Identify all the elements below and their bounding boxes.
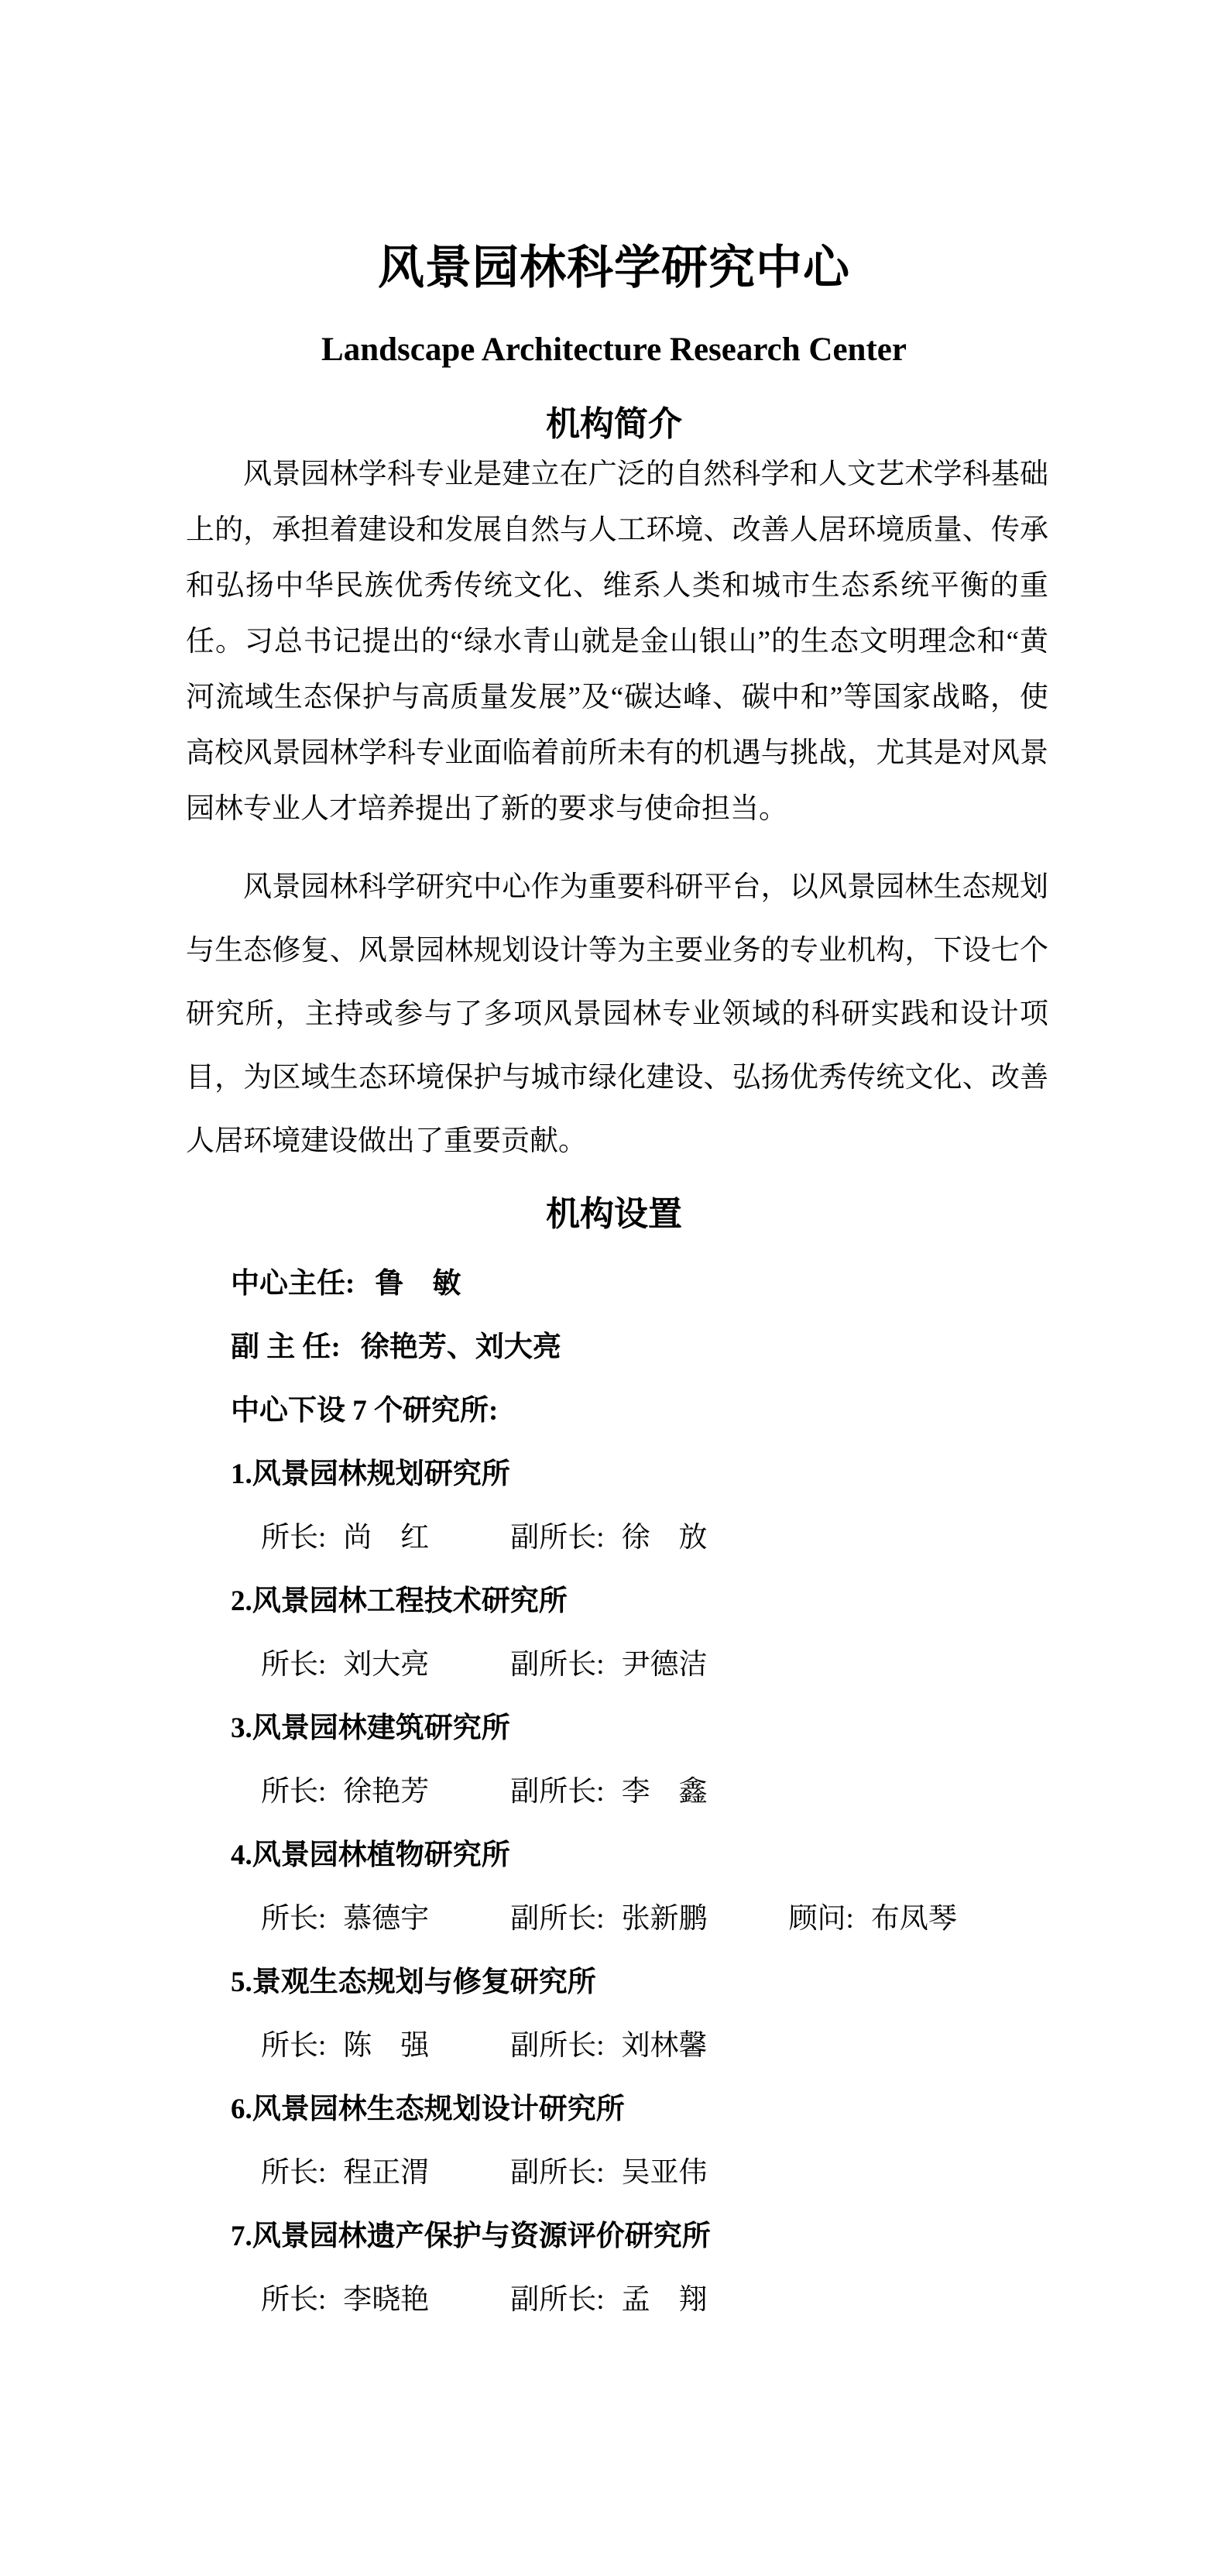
director-group: 所长: 李晓艳 (261, 2269, 429, 2332)
director-group: 所长: 陈 强 (261, 2014, 429, 2078)
director-name: 徐艳芳 (343, 1760, 429, 1824)
director-label: 所长: (261, 2269, 326, 2332)
director-name: 慕德宇 (343, 1887, 429, 1951)
advisor-label: 顾问: (789, 1887, 854, 1951)
institute-count-text: 中心下设 7 个研究所: (231, 1379, 498, 1443)
institute-heading-3: 3.风景园林建筑研究所 (186, 1697, 1130, 1760)
center-director-line: 中心主任: 鲁 敏 (186, 1252, 1130, 1316)
deputy-group: 副所长: 刘林馨 (510, 2014, 707, 2078)
document-subtitle-en: Landscape Architecture Research Center (0, 333, 1228, 366)
institute-person-line-4: 所长: 慕德宇 副所长: 张新鹏 顾问: 布凤琴 (186, 1887, 1130, 1951)
institute-name: 风景园林工程技术研究所 (252, 1570, 568, 1633)
director-label: 所长: (261, 1506, 326, 1570)
institute-heading-5: 5.景观生态规划与修复研究所 (186, 1951, 1130, 2014)
document-page: 风景园林科学研究中心 Landscape Architecture Resear… (0, 0, 1228, 2576)
section-heading-intro: 机构简介 (0, 407, 1228, 441)
institute-number: 2. (231, 1570, 252, 1633)
deputy-group: 副所长: 张新鹏 (510, 1887, 707, 1951)
intro-paragraph-1: 风景园林学科专业是建立在广泛的自然科学和人文艺术学科基础上的，承担着建设和发展自… (186, 447, 1048, 837)
deputy-label: 副所长: (510, 1887, 604, 1951)
director-label: 所长: (261, 1633, 326, 1697)
institute-count-line: 中心下设 7 个研究所: (186, 1379, 1130, 1443)
deputy-group: 副所长: 孟 翔 (510, 2269, 707, 2332)
institute-person-line-3: 所长: 徐艳芳 副所长: 李 鑫 (186, 1760, 1130, 1824)
deputy-directors-label: 副 主 任: (231, 1316, 341, 1379)
deputy-name: 张新鹏 (622, 1887, 708, 1951)
director-label: 所长: (261, 1760, 326, 1824)
director-name: 陈 强 (343, 2014, 429, 2078)
deputy-name: 尹德洁 (622, 1633, 708, 1697)
institute-name: 风景园林建筑研究所 (252, 1697, 510, 1760)
institute-heading-7: 7.风景园林遗产保护与资源评价研究所 (186, 2205, 1130, 2269)
deputy-group: 副所长: 李 鑫 (510, 1760, 707, 1824)
institute-person-line-1: 所长: 尚 红 副所长: 徐 放 (186, 1506, 1130, 1570)
institute-number: 6. (231, 2078, 252, 2142)
institute-name: 风景园林生态规划设计研究所 (252, 2078, 625, 2142)
deputy-name: 吴亚伟 (622, 2142, 708, 2205)
institute-number: 1. (231, 1443, 252, 1506)
deputy-group: 副所长: 徐 放 (510, 1506, 707, 1570)
deputy-label: 副所长: (510, 1633, 604, 1697)
institute-name: 风景园林遗产保护与资源评价研究所 (252, 2205, 711, 2269)
deputy-label: 副所长: (510, 1506, 604, 1570)
deputy-directors-names: 徐艳芳、刘大亮 (361, 1316, 561, 1379)
deputy-name: 刘林馨 (622, 2014, 708, 2078)
institute-number: 7. (231, 2205, 252, 2269)
institute-number: 4. (231, 1824, 252, 1887)
institute-number: 5. (231, 1951, 252, 2014)
institute-person-line-5: 所长: 陈 强 副所长: 刘林馨 (186, 2014, 1130, 2078)
deputy-label: 副所长: (510, 2014, 604, 2078)
advisor-name: 布凤琴 (871, 1887, 957, 1951)
institute-person-line-7: 所长: 李晓艳 副所长: 孟 翔 (186, 2269, 1130, 2332)
director-group: 所长: 徐艳芳 (261, 1760, 429, 1824)
institute-number: 3. (231, 1697, 252, 1760)
institute-person-line-2: 所长: 刘大亮 副所长: 尹德洁 (186, 1633, 1130, 1697)
document-title: 风景园林科学研究中心 (0, 245, 1228, 291)
deputy-label: 副所长: (510, 2142, 604, 2205)
institute-heading-2: 2.风景园林工程技术研究所 (186, 1570, 1130, 1633)
institute-heading-4: 4.风景园林植物研究所 (186, 1824, 1130, 1887)
intro-paragraph-2: 风景园林科学研究中心作为重要科研平台，以风景园林生态规划与生态修复、风景园林规划… (186, 856, 1048, 1173)
center-director-name: 鲁 敏 (375, 1252, 461, 1316)
director-label: 所长: (261, 2014, 326, 2078)
director-label: 所长: (261, 1887, 326, 1951)
deputy-label: 副所长: (510, 2269, 604, 2332)
institute-name: 景观生态规划与修复研究所 (252, 1951, 596, 2014)
deputy-directors-line: 副 主 任: 徐艳芳、刘大亮 (186, 1316, 1130, 1379)
deputy-name: 徐 放 (622, 1506, 708, 1570)
director-name: 李晓艳 (343, 2269, 429, 2332)
deputy-name: 李 鑫 (622, 1760, 708, 1824)
advisor-group: 顾问: 布凤琴 (789, 1887, 957, 1951)
director-name: 程正渭 (343, 2142, 429, 2205)
setup-list: 中心主任: 鲁 敏 副 主 任: 徐艳芳、刘大亮 中心下设 7 个研究所: 1.… (186, 1252, 1130, 2332)
deputy-group: 副所长: 吴亚伟 (510, 2142, 707, 2205)
director-name: 尚 红 (343, 1506, 429, 1570)
director-group: 所长: 尚 红 (261, 1506, 429, 1570)
section-heading-setup: 机构设置 (0, 1197, 1228, 1231)
deputy-name: 孟 翔 (622, 2269, 708, 2332)
deputy-group: 副所长: 尹德洁 (510, 1633, 707, 1697)
institute-heading-6: 6.风景园林生态规划设计研究所 (186, 2078, 1130, 2142)
center-director-label: 中心主任: (231, 1252, 355, 1316)
institute-heading-1: 1.风景园林规划研究所 (186, 1443, 1130, 1506)
director-group: 所长: 刘大亮 (261, 1633, 429, 1697)
director-group: 所长: 程正渭 (261, 2142, 429, 2205)
director-label: 所长: (261, 2142, 326, 2205)
institute-name: 风景园林规划研究所 (252, 1443, 510, 1506)
director-group: 所长: 慕德宇 (261, 1887, 429, 1951)
deputy-label: 副所长: (510, 1760, 604, 1824)
institute-person-line-6: 所长: 程正渭 副所长: 吴亚伟 (186, 2142, 1130, 2205)
director-name: 刘大亮 (343, 1633, 429, 1697)
institute-name: 风景园林植物研究所 (252, 1824, 510, 1887)
